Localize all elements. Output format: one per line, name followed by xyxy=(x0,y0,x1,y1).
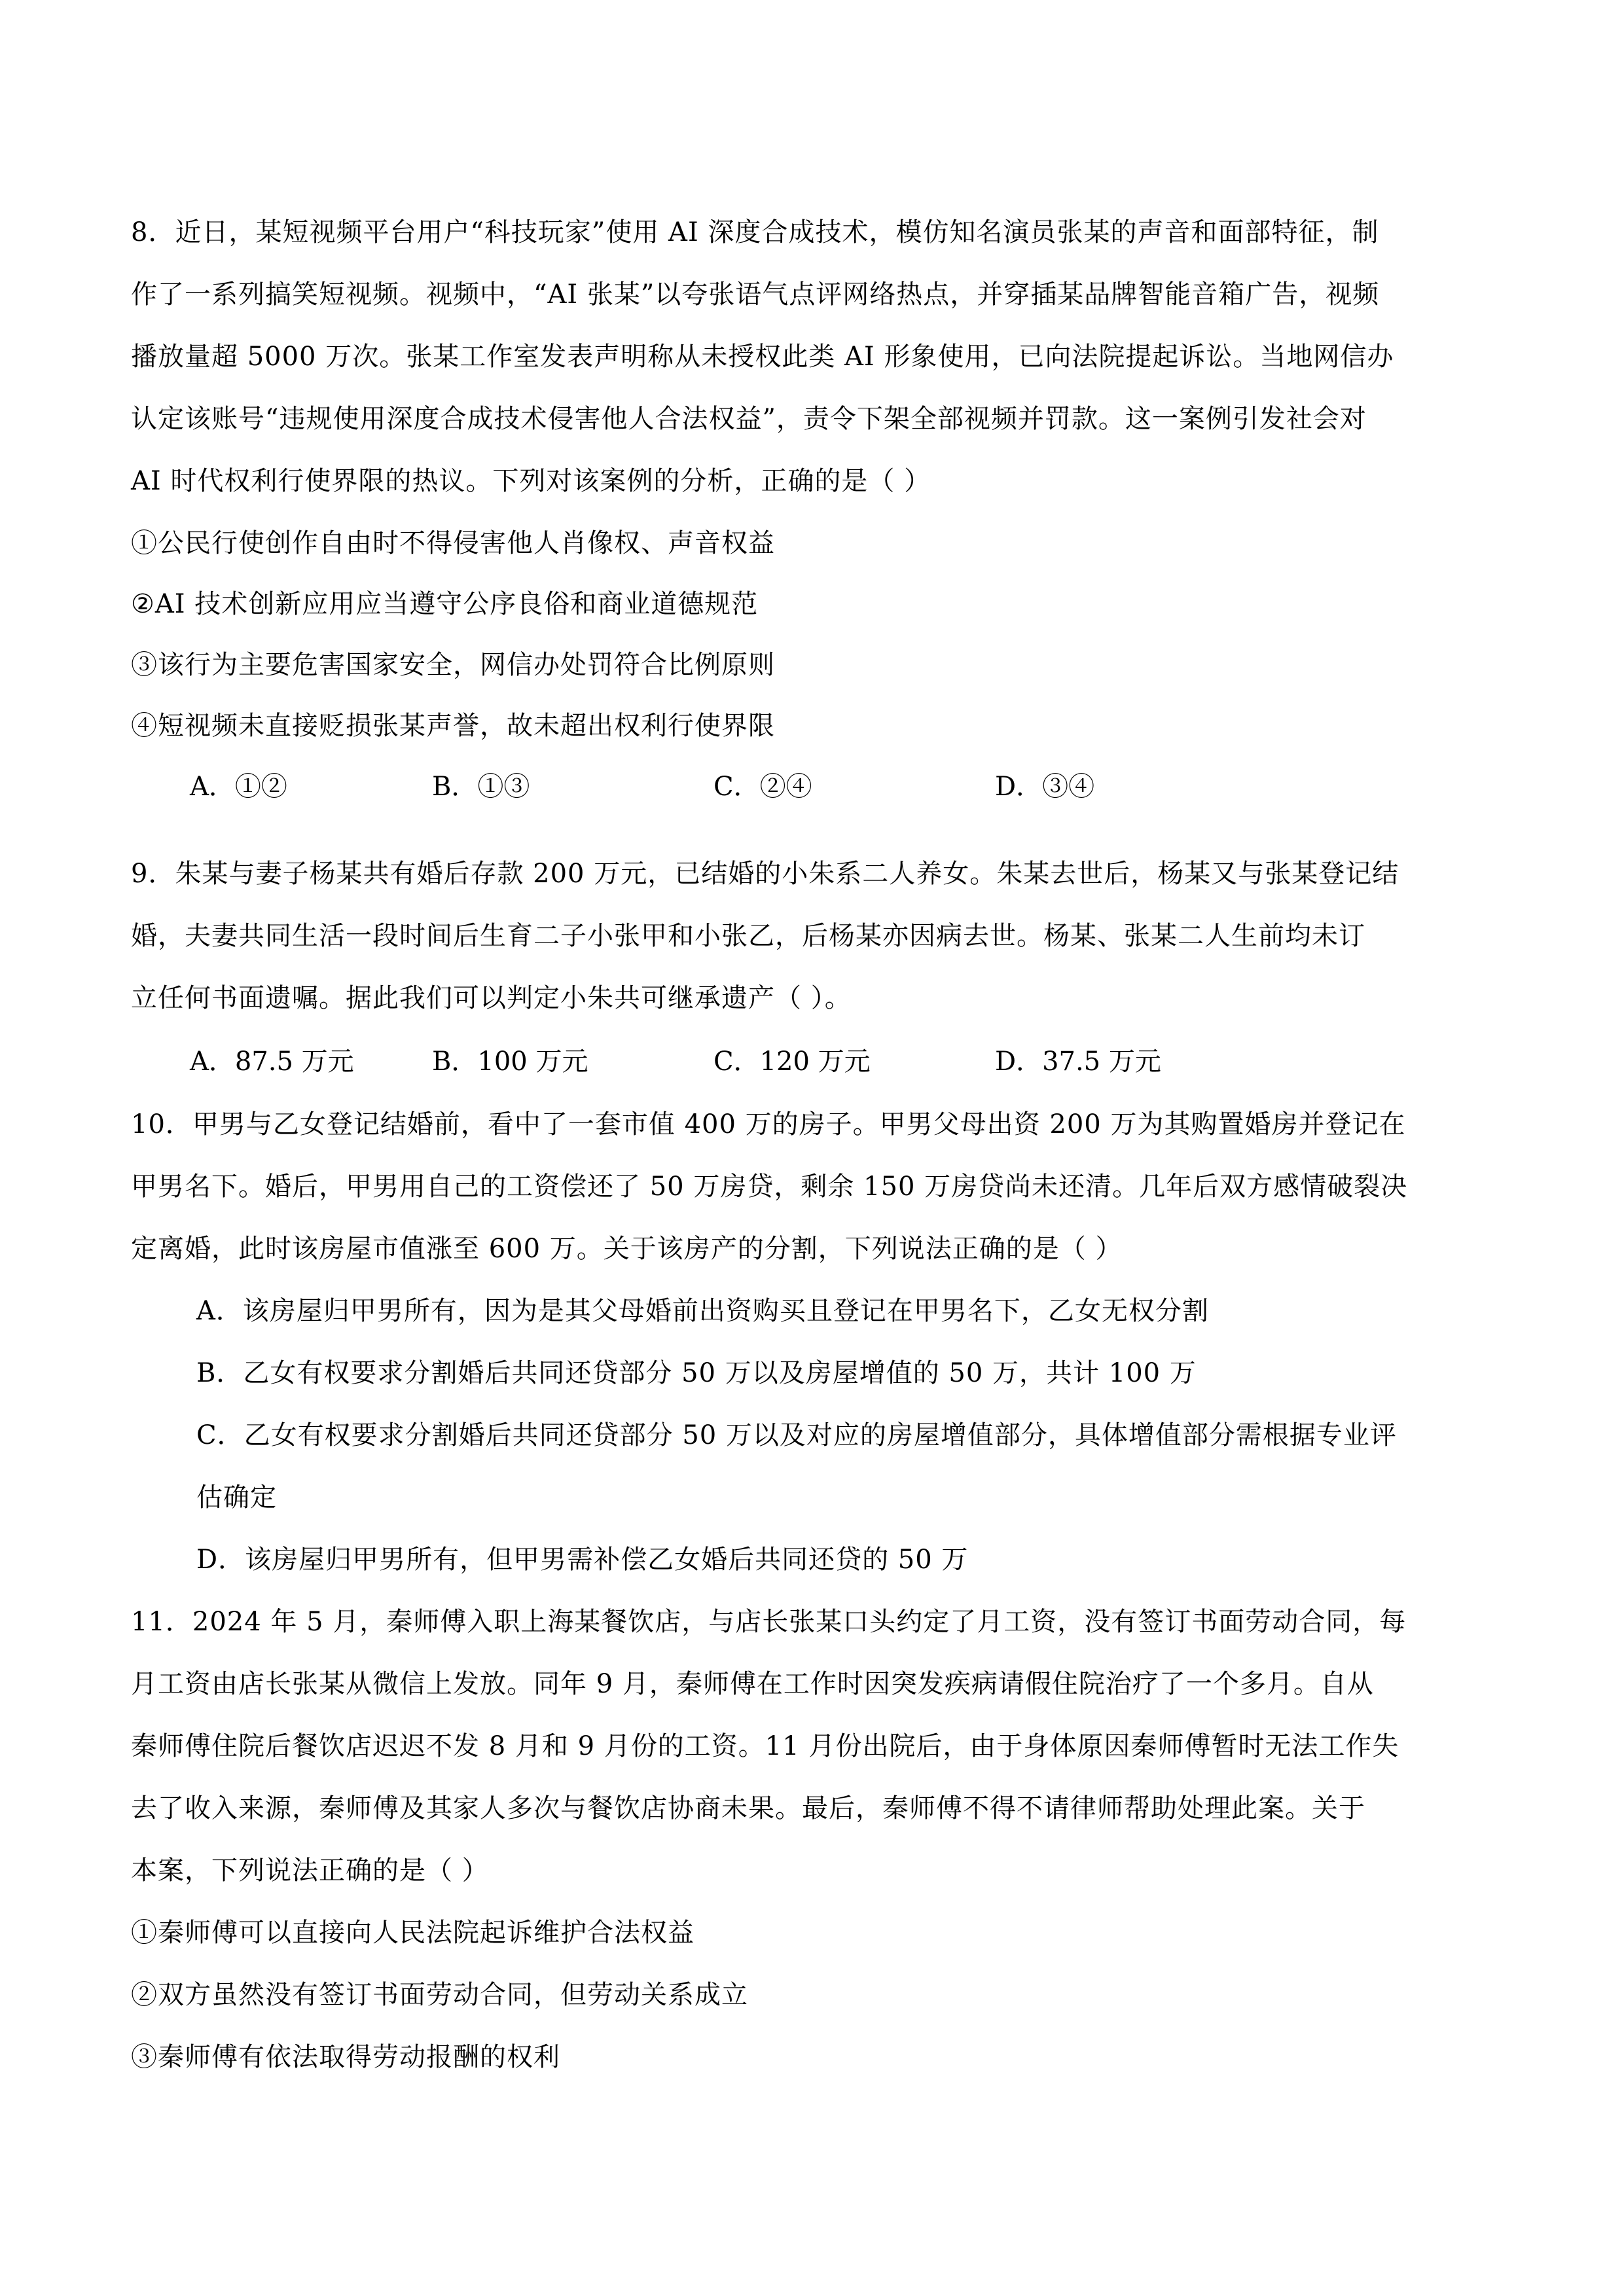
question-8-stem-line-4: 认定该账号“违规使用深度合成技术侵害他人合法权益”，责令下架全部视频并罚款。这一… xyxy=(131,399,1367,439)
question-8-option-a[interactable]: A．①② xyxy=(190,767,287,806)
question-11-stem-line-5: 本案，下列说法正确的是（ ） xyxy=(131,1851,489,1890)
question-10-stem-line-1: 10．甲男与乙女登记结婚前，看中了一套市值 400 万的房子。甲男父母出资 20… xyxy=(131,1105,1405,1144)
question-10-option-b[interactable]: B．乙女有权要求分割婚后共同还贷部分 50 万以及房屋增值的 50 万，共计 1… xyxy=(196,1354,1197,1393)
question-11-statement-3: ③秦师傅有依法取得劳动报酬的权利 xyxy=(131,2037,560,2077)
question-11-statement-1: ①秦师傅可以直接向人民法院起诉维护合法权益 xyxy=(131,1913,695,1952)
question-8-option-d[interactable]: D．③④ xyxy=(995,767,1094,806)
question-8-statement-4: ④短视频未直接贬损张某声誉，故未超出权利行使界限 xyxy=(131,706,775,745)
question-11-statement-2: ②双方虽然没有签订书面劳动合同，但劳动关系成立 xyxy=(131,1975,748,2015)
question-10-option-c-continued: 估确定 xyxy=(196,1478,277,1517)
question-9-stem-line-2: 婚，夫妻共同生活一段时间后生育二子小张甲和小张乙，后杨某亦因病去世。杨某、张某二… xyxy=(131,916,1365,956)
question-9-stem-line-3: 立任何书面遗嘱。据此我们可以判定小朱共可继承遗产（ ）。 xyxy=(131,978,852,1018)
question-11-stem-line-3: 秦师傅住院后餐饮店迟迟不发 8 月和 9 月份的工资。11 月份出院后，由于身体… xyxy=(131,1727,1399,1766)
question-8-statement-3: ③该行为主要危害国家安全，网信办处罚符合比例原则 xyxy=(131,645,775,685)
question-8-stem-line-2: 作了一系列搞笑短视频。视频中，“AI 张某”以夸张语气点评网络热点，并穿插某品牌… xyxy=(131,275,1379,314)
question-9-option-d[interactable]: D．37.5 万元 xyxy=(995,1042,1161,1081)
question-10-option-d[interactable]: D．该房屋归甲男所有，但甲男需补偿乙女婚后共同还贷的 50 万 xyxy=(196,1540,968,1579)
question-11-stem-line-2: 月工资由店长张某从微信上发放。同年 9 月，秦师傅在工作时因突发疾病请假住院治疗… xyxy=(131,1664,1374,1704)
exam-page: 8．近日，某短视频平台用户“科技玩家”使用 AI 深度合成技术，模仿知名演员张某… xyxy=(0,0,1624,2296)
question-8-statement-1: ①公民行使创作自由时不得侵害他人肖像权、声音权益 xyxy=(131,524,775,563)
question-9-stem-line-1: 9．朱某与妻子杨某共有婚后存款 200 万元，已结婚的小朱系二人养女。朱某去世后… xyxy=(131,854,1399,893)
question-9-option-a[interactable]: A．87.5 万元 xyxy=(190,1042,354,1081)
question-8-statement-2: ②AI 技术创新应用应当遵守公序良俗和商业道德规范 xyxy=(131,584,758,624)
question-11-stem-line-4: 去了收入来源，秦师傅及其家人多次与餐饮店协商未果。最后，秦师傅不得不请律师帮助处… xyxy=(131,1789,1365,1828)
question-8-stem-line-3: 播放量超 5000 万次。张某工作室发表声明称从未授权此类 AI 形象使用，已向… xyxy=(131,337,1394,376)
question-11-stem-line-1: 11．2024 年 5 月，秦师傅入职上海某餐饮店，与店长张某口头约定了月工资，… xyxy=(131,1602,1406,1641)
question-8-option-c[interactable]: C．②④ xyxy=(713,767,812,806)
question-8-stem-line-5: AI 时代权利行使界限的热议。下列对该案例的分析，正确的是（ ） xyxy=(131,461,931,501)
question-8-option-b[interactable]: B．①③ xyxy=(432,767,530,806)
question-8-stem-line-1: 8．近日，某短视频平台用户“科技玩家”使用 AI 深度合成技术，模仿知名演员张某… xyxy=(131,213,1379,252)
question-9-option-c[interactable]: C．120 万元 xyxy=(713,1042,871,1081)
question-10-stem-line-2: 甲男名下。婚后，甲男用自己的工资偿还了 50 万房贷，剩余 150 万房贷尚未还… xyxy=(131,1167,1407,1206)
question-10-option-c[interactable]: C．乙女有权要求分割婚后共同还贷部分 50 万以及对应的房屋增值部分，具体增值部… xyxy=(196,1416,1397,1455)
question-10-option-a[interactable]: A．该房屋归甲男所有，因为是其父母婚前出资购买且登记在甲男名下，乙女无权分割 xyxy=(196,1291,1209,1331)
question-10-stem-line-3: 定离婚，此时该房屋市值涨至 600 万。关于该房产的分割，下列说法正确的是（ ） xyxy=(131,1229,1123,1268)
question-9-option-b[interactable]: B．100 万元 xyxy=(432,1042,588,1081)
